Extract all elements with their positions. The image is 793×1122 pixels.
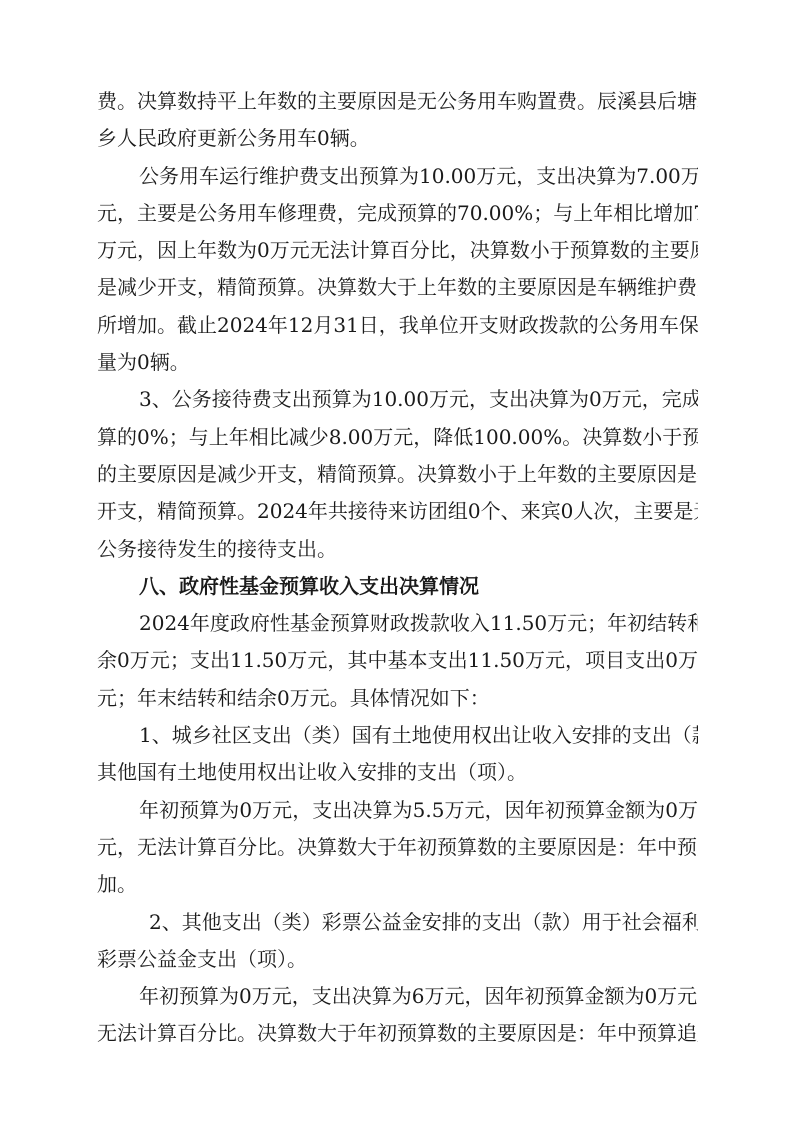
paragraph-item-2-title: 2、其他支出（类）彩票公益金安排的支出（款）用于社会福利的 彩票公益金支出（项）… (97, 904, 698, 979)
text-line: 彩票公益金支出（项）。 (97, 941, 698, 978)
text-line: 费。决算数持平上年数的主要原因是无公务用车购置费。辰溪县后塘瑶族 (97, 83, 698, 120)
text-line: 公务用车运行维护费支出预算为10.00万元，支出决算为7.00万 (97, 158, 698, 195)
document-page: 费。决算数持平上年数的主要原因是无公务用车购置费。辰溪县后塘瑶族 乡人民政府更新… (97, 83, 698, 1053)
text-line: 是减少开支，精简预算。决算数大于上年数的主要原因是车辆维护费用有 (97, 269, 698, 306)
section-heading: 八、政府性基金预算收入支出决算情况 (97, 568, 698, 605)
text-line: 公务接待发生的接待支出。 (97, 531, 698, 568)
text-line: 1、城乡社区支出（类）国有土地使用权出让收入安排的支出（款） (97, 717, 698, 754)
text-line: 2、其他支出（类）彩票公益金安排的支出（款）用于社会福利的 (97, 904, 698, 941)
paragraph-vehicle-maintenance: 公务用车运行维护费支出预算为10.00万元，支出决算为7.00万 元，主要是公务… (97, 158, 698, 382)
paragraph-item-2-detail: 年初预算为0万元，支出决算为6万元，因年初预算金额为0万元， 无法计算百分比。决… (97, 978, 698, 1053)
text-line: 开支，精简预算。2024年共接待来访团组0个、来宾0人次，主要是无 (97, 493, 698, 530)
paragraph-vehicle-purchase-tail: 费。决算数持平上年数的主要原因是无公务用车购置费。辰溪县后塘瑶族 乡人民政府更新… (97, 83, 698, 158)
text-line: 算的0%；与上年相比减少8.00万元，降低100.00%。决算数小于预算数 (97, 419, 698, 456)
text-line: 元；年末结转和结余0万元。具体情况如下： (97, 680, 698, 717)
text-line: 年初预算为0万元，支出决算为5.5万元，因年初预算金额为0万 (97, 792, 698, 829)
text-line: 无法计算百分比。决算数大于年初预算数的主要原因是：年中预算追加。 (97, 1015, 698, 1052)
paragraph-item-1-title: 1、城乡社区支出（类）国有土地使用权出让收入安排的支出（款） 其他国有土地使用权… (97, 717, 698, 792)
text-line: 余0万元；支出11.50万元，其中基本支出11.50万元，项目支出0万 (97, 642, 698, 679)
text-line: 3、公务接待费支出预算为10.00万元，支出决算为0万元，完成预 (97, 381, 698, 418)
text-line: 乡人民政府更新公务用车0辆。 (97, 120, 698, 157)
section-title: 八、政府性基金预算收入支出决算情况 (97, 568, 698, 605)
text-line: 元，主要是公务用车修理费，完成预算的70.00%；与上年相比增加7.00 (97, 195, 698, 232)
text-line: 量为0辆。 (97, 344, 698, 381)
text-line: 元，无法计算百分比。决算数大于年初预算数的主要原因是：年中预算追 (97, 829, 698, 866)
paragraph-reception: 3、公务接待费支出预算为10.00万元，支出决算为0万元，完成预 算的0%；与上… (97, 381, 698, 567)
paragraph-item-1-detail: 年初预算为0万元，支出决算为5.5万元，因年初预算金额为0万 元，无法计算百分比… (97, 792, 698, 904)
paragraph-fund-summary: 2024年度政府性基金预算财政拨款收入11.50万元；年初结转和结 余0万元；支… (97, 605, 698, 717)
text-line: 其他国有土地使用权出让收入安排的支出（项）。 (97, 754, 698, 791)
text-line: 的主要原因是减少开支，精简预算。决算数小于上年数的主要原因是减少 (97, 456, 698, 493)
text-line: 年初预算为0万元，支出决算为6万元，因年初预算金额为0万元， (97, 978, 698, 1015)
text-line: 加。 (97, 866, 698, 903)
text-line: 所增加。截止2024年12月31日，我单位开支财政拨款的公务用车保有 (97, 307, 698, 344)
text-line: 万元，因上年数为0万元无法计算百分比，决算数小于预算数的主要原因 (97, 232, 698, 269)
text-line: 2024年度政府性基金预算财政拨款收入11.50万元；年初结转和结 (97, 605, 698, 642)
